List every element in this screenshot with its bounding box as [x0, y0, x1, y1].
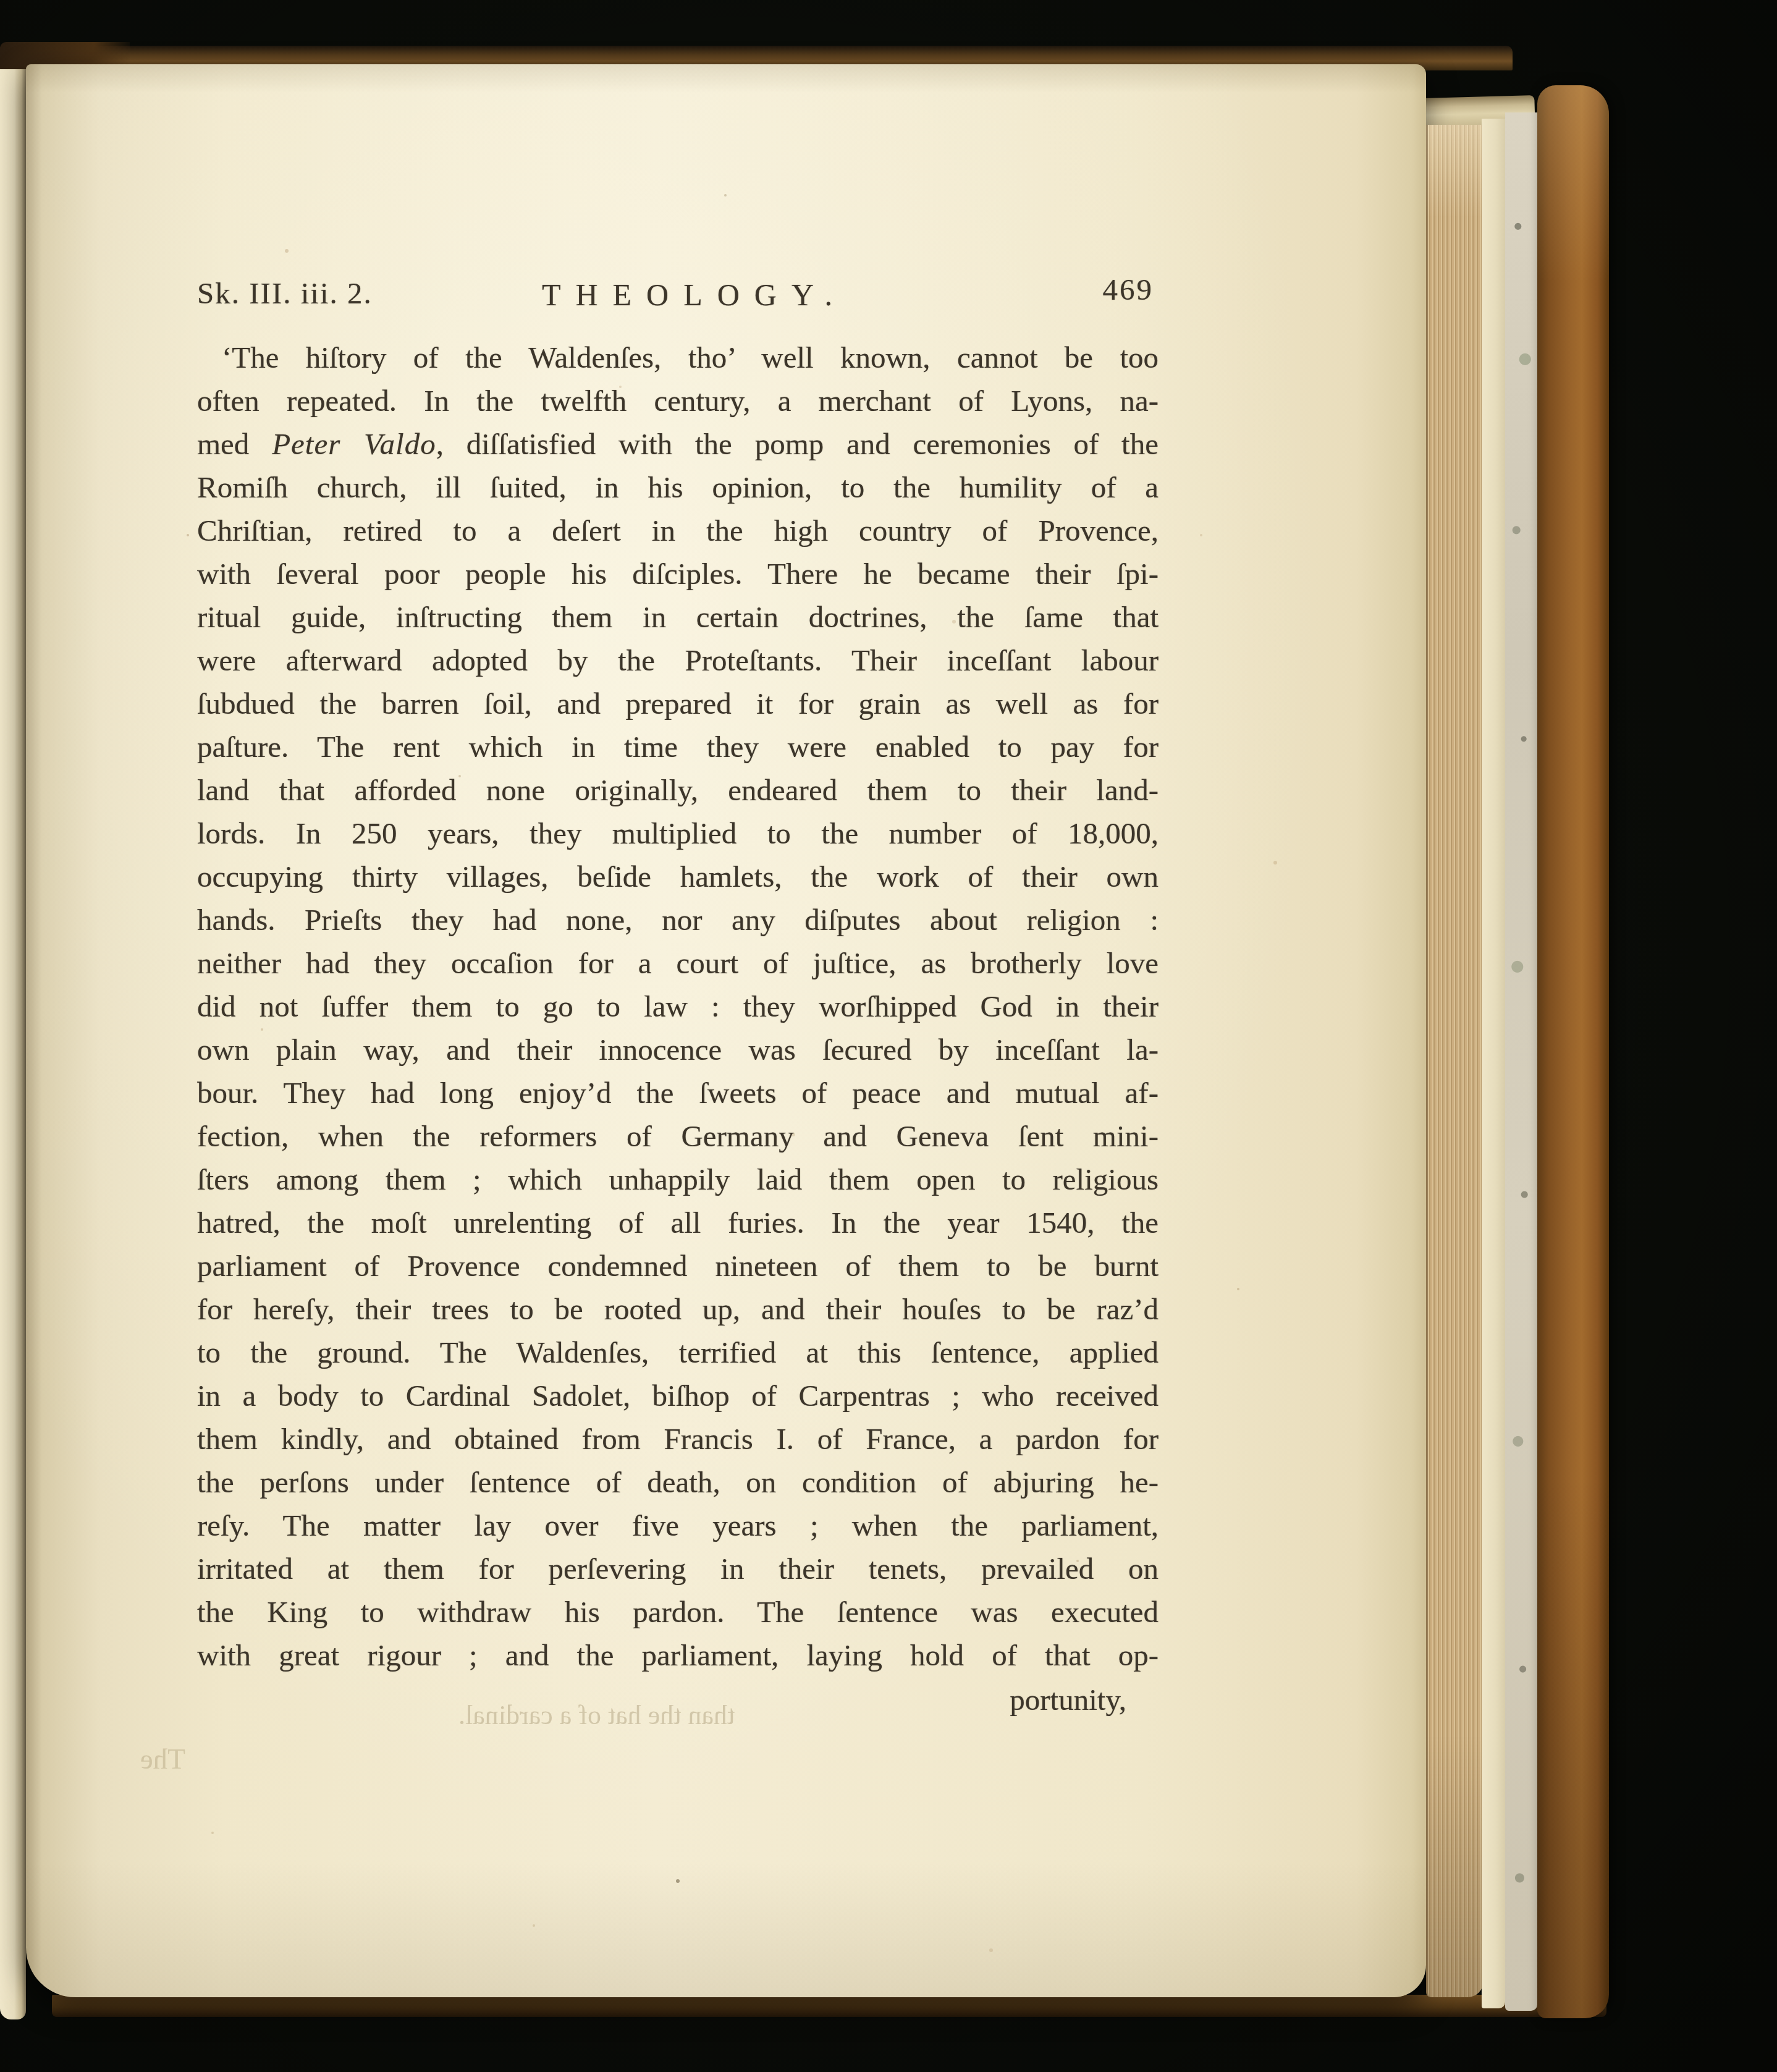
- text-line: med Peter Valdo, diſſatisfied with the p…: [197, 423, 1159, 466]
- page-number: 469: [1103, 272, 1154, 307]
- text-line: land that afforded none originally, ende…: [197, 769, 1159, 812]
- paper-specks: [26, 64, 28, 67]
- running-title: THEOLOGY.: [542, 277, 847, 313]
- page-header: Sk. III. iii. 2. THEOLOGY. 469: [197, 272, 1159, 316]
- text-line: them kindly, and obtained from Francis I…: [197, 1418, 1159, 1461]
- marbled-paper-edge: [1505, 112, 1537, 2011]
- text-line: ſters among them ; which unhappily laid …: [197, 1158, 1159, 1201]
- text-line: neither had they occaſion for a court of…: [197, 942, 1159, 985]
- photo-background: Sk. III. iii. 2. THEOLOGY. 469 ‘The hiſt…: [0, 0, 1777, 2072]
- facing-page-edge: [0, 69, 26, 2019]
- body-text: ‘The hiſtory of the Waldenſes, tho’ well…: [197, 336, 1159, 1677]
- text-line: did not ſuffer them to go to law : they …: [197, 985, 1159, 1028]
- text-line: ‘The hiſtory of the Waldenſes, tho’ well…: [197, 336, 1159, 379]
- book-page: Sk. III. iii. 2. THEOLOGY. 469 ‘The hiſt…: [26, 64, 1426, 1997]
- text-line: with ſeveral poor people his diſciples. …: [197, 552, 1159, 596]
- text-line: Chriſtian, retired to a deſert in the hi…: [197, 509, 1159, 552]
- bleedthrough-catchword: The: [140, 1743, 185, 1776]
- text-line: the King to withdraw his pardon. The ſen…: [197, 1591, 1159, 1634]
- text-line: lords. In 250 years, they multiplied to …: [197, 812, 1159, 855]
- text-line: hatred, the moſt unrelenting of all furi…: [197, 1201, 1159, 1245]
- text-line: ſubdued the barren ſoil, and prepared it…: [197, 682, 1159, 725]
- book-cover-bottom-edge: [52, 1995, 1606, 2017]
- text-line: the perſons under ſentence of death, on …: [197, 1461, 1159, 1504]
- text-line: parliament of Provence condemned ninetee…: [197, 1245, 1159, 1288]
- text-line: own plain way, and their innocence was ſ…: [197, 1028, 1159, 1072]
- text-line: often repeated. In the twelfth century, …: [197, 379, 1159, 423]
- endpaper-edge: [1482, 119, 1505, 2008]
- text-line: irritated at them for perſevering in the…: [197, 1547, 1159, 1591]
- text-line: fection, when the reformers of Germany a…: [197, 1115, 1159, 1158]
- leather-cover: [1537, 85, 1609, 2018]
- text-line: were afterward adopted by the Proteſtant…: [197, 639, 1159, 682]
- text-line: ritual guide, inſtructing them in certai…: [197, 596, 1159, 639]
- bleedthrough-text: than the hat of a cardinal.: [458, 1699, 735, 1731]
- text-line: reſy. The matter lay over five years ; w…: [197, 1504, 1159, 1547]
- text-line: in a body to Cardinal Sadolet, biſhop of…: [197, 1374, 1159, 1418]
- text-line: hands. Prieſts they had none, nor any di…: [197, 899, 1159, 942]
- text-line: Romiſh church, ill ſuited, in his opinio…: [197, 466, 1159, 509]
- text-line: for hereſy, their trees to be rooted up,…: [197, 1288, 1159, 1331]
- text-line: occupying thirty villages, beſide hamlet…: [197, 855, 1159, 899]
- text-line: bour. They had long enjoy’d the ſweets o…: [197, 1072, 1159, 1115]
- section-signature: Sk. III. iii. 2.: [197, 276, 373, 311]
- page-edges: [1426, 125, 1484, 1997]
- text-line: to the ground. The Waldenſes, terrified …: [197, 1331, 1159, 1374]
- text-line: paſture. The rent which in time they wer…: [197, 725, 1159, 769]
- text-line: with great rigour ; and the parliament, …: [197, 1634, 1159, 1677]
